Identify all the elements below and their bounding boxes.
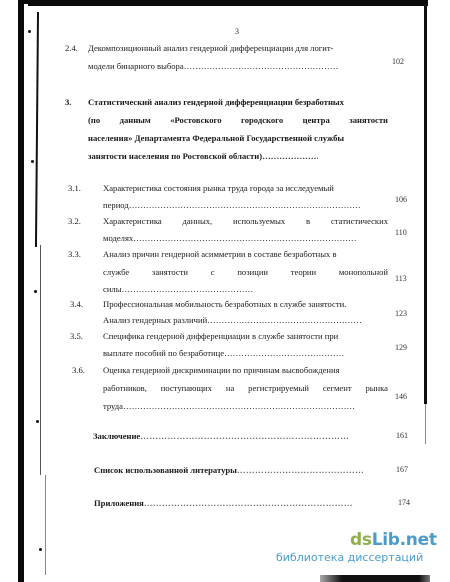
page-number: 3 [235,27,239,36]
toc-title-line: силы………………………………………… [103,281,253,297]
toc-number: 3.6. [72,362,85,378]
section-title: Заключение [93,431,140,441]
toc-title-line: Оценка гендерной дискриминации по причин… [103,362,388,378]
punch-hole-icon [36,420,39,423]
toc-title-line: Характеристика состояния рынка труда гор… [103,180,388,196]
toc-title-line: модели бинарного выбора……………………………………………… [88,58,378,74]
toc-title-line: Анализ гендерных различий………………………………………… [103,312,385,328]
punch-hole-icon [39,548,42,551]
toc-entry-3-3[interactable]: 3.3. Анализ причин гендерной асимметрии … [0,246,450,298]
toc-page: 123 [395,306,407,322]
toc-number: 3.2. [68,213,81,229]
toc-entry-appendices[interactable]: Приложения…………………………………………………………… 174 [0,495,450,513]
toc-page: 106 [395,192,407,208]
toc-title-line: Характеристика данных, используемых в ст… [103,213,388,229]
toc-title-line: (по данным «Ростовского городского центр… [88,112,388,128]
toc-number: 3.3. [68,246,81,262]
toc-number: 3. [65,94,71,110]
punch-hole-icon [28,30,31,33]
toc-page: 161 [396,428,408,444]
toc-page: 113 [395,271,407,287]
toc-title-line: Анализ причин гендерной асимметрии в сос… [103,246,388,262]
toc-page: 146 [395,389,407,405]
toc-title-line: труда……………………………………………………………………… [103,398,385,414]
binding-line [45,475,46,575]
toc-title-line: занятости населения по Ростовской област… [88,148,318,164]
toc-entry-3-6[interactable]: 3.6. Оценка гендерной дискриминации по п… [0,362,450,418]
toc-entry-3-1[interactable]: 3.1. Характеристика состояния рынка труд… [0,180,450,216]
toc-number: 3.4. [70,296,83,312]
toc-page: 167 [396,462,408,478]
section-title: Список использованной литературы [94,465,237,475]
toc-title-line: Декомпозиционный анализ гендерной диффер… [88,40,383,56]
toc-entry-3-4[interactable]: 3.4. Профессиональная мобильность безраб… [0,296,450,332]
toc-page: 102 [392,54,404,70]
toc-title-line: населения» Департамента Федеральной Госу… [88,130,388,146]
watermark-brand-ds: ds [350,530,372,550]
toc-number: 3.5. [70,328,83,344]
toc-page: 174 [398,495,410,511]
toc-entry-conclusion[interactable]: Заключение…………………………………………………………… 161 [0,428,450,446]
toc-page: 129 [395,340,407,356]
toc-title-line: период……………………………………………………………………… [103,197,385,213]
toc-entry-2-4[interactable]: 2.4. Декомпозиционный анализ гендерной д… [0,40,450,76]
watermark-logo[interactable]: dsLib.net [350,530,437,550]
scan-border-bottom [320,575,430,582]
toc-title-line: Специфика гендерной дифференциации в слу… [103,328,388,344]
toc-title-line: Статистический анализ гендерной дифферен… [88,94,388,110]
toc-title-line: моделях…………………………………………………………………… [103,230,385,246]
toc-title-line: работников, поступающих на регистрируемы… [103,380,388,396]
toc-title-line: выплате пособий по безработице…………………………… [103,345,385,361]
toc-title-line: службе занятости с позиции теории монопо… [103,264,388,280]
leader-dots: …………………………………… [237,465,364,475]
section-title: Приложения [94,498,144,508]
scan-border-top [18,0,428,6]
toc-entry-3-2[interactable]: 3.2. Характеристика данных, используемых… [0,213,450,249]
leader-dots: …………………………………………………………… [144,498,353,508]
toc-entry-3-5[interactable]: 3.5. Специфика гендерной дифференциации … [0,328,450,364]
leader-dots: …………………………………………………………… [140,431,349,441]
watermark-brand-lib: Lib.net [372,530,437,550]
watermark-subtitle: библиотека диссертаций [276,551,423,564]
toc-page: 110 [395,225,407,241]
toc-title-line: Профессиональная мобильность безработных… [103,296,393,312]
toc-entry-3[interactable]: 3. Статистический анализ гендерной диффе… [0,94,450,164]
toc-number: 3.1. [68,180,81,196]
toc-number: 2.4. [65,40,78,56]
toc-entry-references[interactable]: Список использованной литературы……………………… [0,462,450,480]
